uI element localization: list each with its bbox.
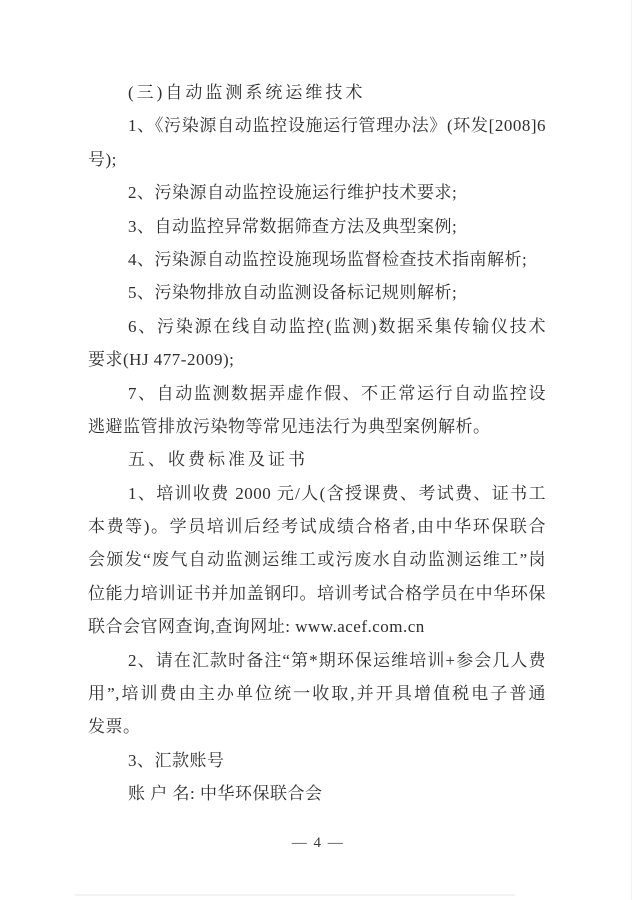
doc-line: 4、污染源自动监控设施现场监督检查技术指南解析; bbox=[88, 243, 546, 276]
scan-artifact-right-edge bbox=[631, 0, 632, 900]
doc-line-remittance-account: 3、汇款账号 bbox=[88, 744, 546, 777]
doc-line: 1、《污染源自动监控设施运行管理办法》(环发[2008]6 bbox=[88, 109, 546, 142]
doc-line: 会颁发“废气自动监测运维工或污废水自动监测运维工”岗 bbox=[88, 543, 546, 576]
doc-line: 3、自动监控异常数据筛查方法及典型案例; bbox=[88, 210, 546, 243]
doc-line: 要求(HJ 477-2009); bbox=[88, 343, 546, 376]
section-heading-auto-monitoring-tech: (三)自动监测系统运维技术 bbox=[88, 76, 546, 109]
section-heading-fees-certificate: 五、收费标准及证书 bbox=[88, 443, 546, 476]
doc-line: 1、培训收费 2000 元/人(含授课费、考试费、证书工 bbox=[88, 477, 546, 510]
doc-line-account-name: 账 户 名: 中华环保联合会 bbox=[88, 777, 546, 810]
doc-line: 发票。 bbox=[88, 710, 546, 743]
doc-line: 逃避监管排放污染物等常见违法行为典型案例解析。 bbox=[88, 410, 546, 443]
doc-line: 6、污染源在线自动监控(监测)数据采集传输仪技术 bbox=[88, 310, 546, 343]
doc-line: 2、请在汇款时备注“第*期环保运维培训+参会几人费 bbox=[88, 644, 546, 677]
doc-line: 本费等)。学员培训后经考试成绩合格者,由中华环保联合 bbox=[88, 510, 546, 543]
doc-line-website: 联合会官网查询,查询网址: www.acef.com.cn bbox=[88, 610, 546, 643]
doc-line: 2、污染源自动监控设施运行维护技术要求; bbox=[88, 176, 546, 209]
page-number: — 4 — bbox=[0, 835, 636, 852]
doc-line: 7、自动监测数据弄虚作假、不正常运行自动监控设施、 bbox=[88, 377, 546, 410]
doc-line: 用”,培训费由主办单位统一收取,并开具增值税电子普通 bbox=[88, 677, 546, 710]
doc-line: 位能力培训证书并加盖钢印。培训考试合格学员在中华环保 bbox=[88, 577, 546, 610]
document-text-block: (三)自动监测系统运维技术 1、《污染源自动监控设施运行管理办法》(环发[200… bbox=[88, 76, 546, 811]
doc-line: 5、污染物排放自动监测设备标记规则解析; bbox=[88, 276, 546, 309]
scanned-document-page: (三)自动监测系统运维技术 1、《污染源自动监控设施运行管理办法》(环发[200… bbox=[0, 0, 636, 900]
scan-artifact-bottom bbox=[75, 894, 515, 896]
doc-line: 号); bbox=[88, 143, 546, 176]
